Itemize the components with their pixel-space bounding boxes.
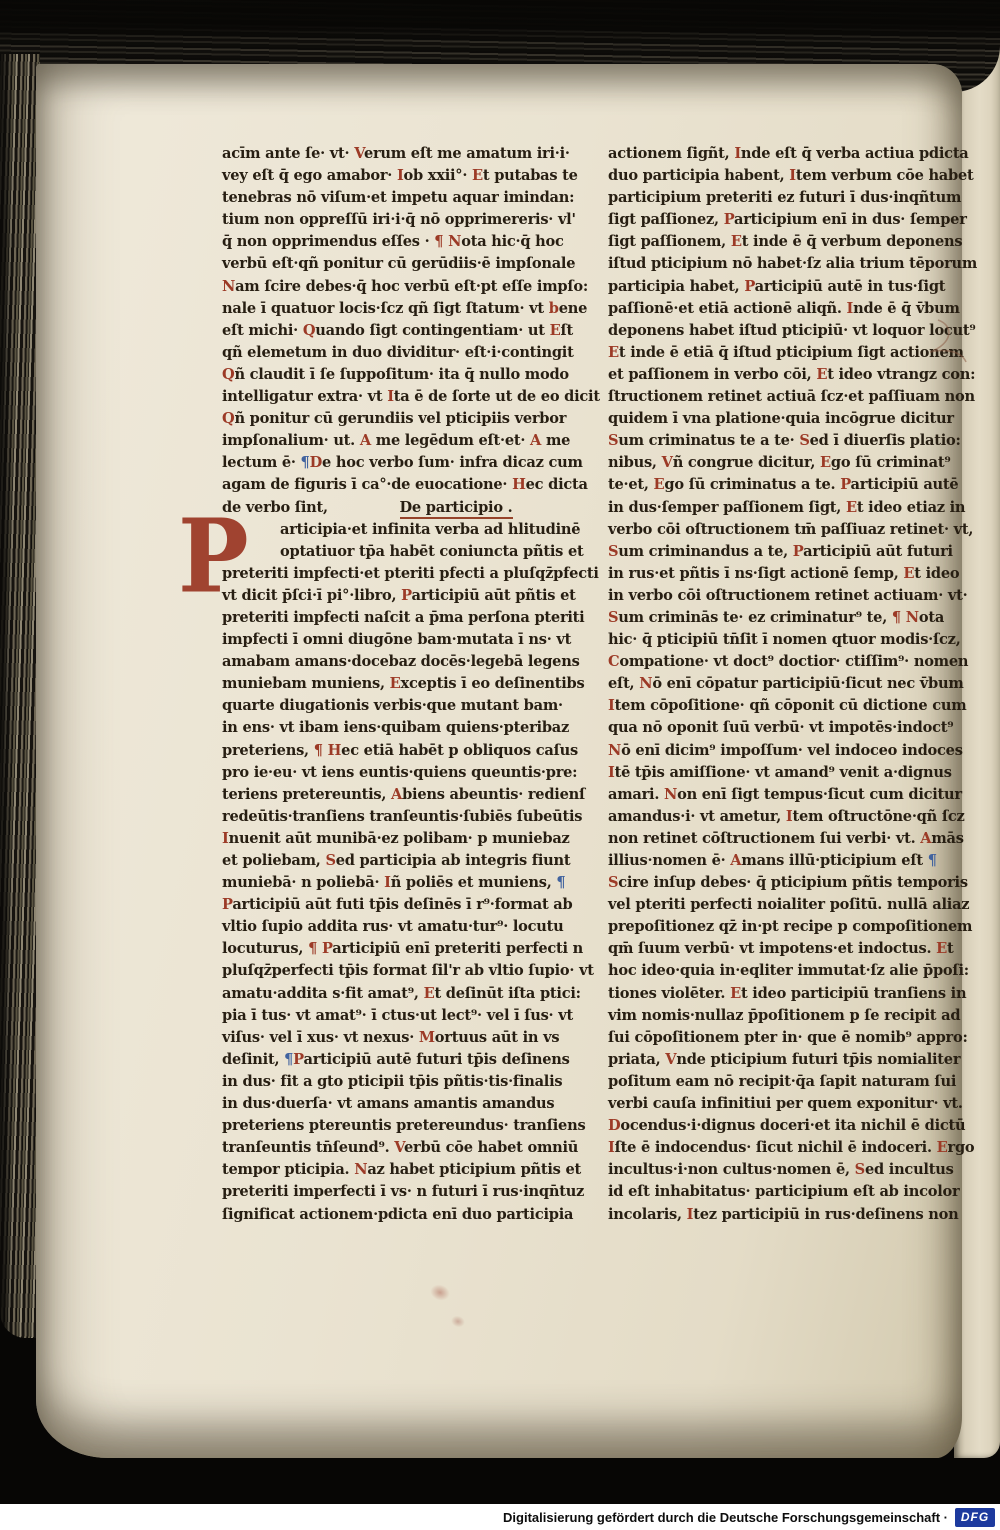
- rubric-mark: I: [687, 1206, 694, 1223]
- rubric-mark: I: [789, 167, 796, 184]
- text-line: non retinet cōſtructionem ſui verbi· vt.…: [608, 828, 954, 850]
- rubric-mark: E: [390, 675, 401, 692]
- digitization-credit-bar: Digitalisierung gefördert durch die Deut…: [0, 1504, 1000, 1530]
- rubric-mark: I: [222, 830, 229, 847]
- text-line: articipia·et infinita verba ad hlitudinē: [222, 519, 568, 541]
- rubric-mark: P: [322, 940, 332, 957]
- text-line: preteriti impfecti·et pteriti pfecti a p…: [222, 563, 568, 585]
- rubric-mark: ¶: [434, 233, 443, 250]
- text-line: Participiū aūt futi tp̄is deſinēs ī r⁹·f…: [222, 894, 568, 916]
- text-line: nibus, Vñ congrue dicitur, Ego ſū crimin…: [608, 452, 954, 474]
- text-line: illius·nomen ē· Amans illū·pticipium eſt…: [608, 850, 954, 872]
- stacked-page-edges: [0, 54, 40, 1338]
- rubric-mark: N: [448, 233, 461, 250]
- rubric-mark: E: [730, 985, 741, 1002]
- rubric-mark: ¶: [314, 742, 323, 759]
- text-line: poſitum eam nō recipit·q̄a ſapit naturam…: [608, 1071, 954, 1093]
- manuscript-column-right: actionem ſigñt, Inde eſt q̄ verba actiua…: [608, 143, 954, 1226]
- text-line: de verbo ſint, De participio .: [222, 497, 568, 519]
- rubric-mark: N: [664, 786, 677, 803]
- text-line: pia ī tus· vt amat⁹· ī ctus·ut lect⁹· ve…: [222, 1005, 568, 1027]
- text-line: Inuenit aūt munibā·ez polibam· p munieba…: [222, 828, 568, 850]
- text-line: tium non oppreſſū iri·i·q̄ nō opprimerer…: [222, 209, 568, 231]
- text-line: Sum criminandus a te, Participiū aūt fut…: [608, 541, 954, 563]
- text-line: ſui cōpoſitionem pter in· que ē nomib⁹ a…: [608, 1027, 954, 1049]
- text-line: incolaris, Itez participiū in rus·deſine…: [608, 1204, 954, 1226]
- rubric-mark: V: [662, 454, 673, 471]
- text-line: Iſte ē indocendus· ſicut nichil ē indoce…: [608, 1137, 954, 1159]
- text-line: verbo cōi oſtructionem tm̄ paſſiuaz reti…: [608, 519, 954, 541]
- rubric-mark: ¶: [892, 609, 901, 626]
- text-line: qm̄ ſuum verbū· vt impotens·et indoctus.…: [608, 938, 954, 960]
- text-line: in dus·duerſa· vt amans amantis amandus: [222, 1093, 568, 1115]
- rubric-mark: E: [846, 499, 857, 516]
- rubric-mark: E: [937, 1139, 948, 1156]
- text-line: preteriti impfecti naſcit a p̄ma perſona…: [222, 607, 568, 629]
- text-line: Sum criminatus te a te· Sed ī diuerſis p…: [608, 430, 954, 452]
- text-line: amabam amans·docebaz docēs·legebā legens: [222, 651, 568, 673]
- rubric-mark: S: [799, 432, 809, 449]
- rubric-mark: I: [786, 808, 793, 825]
- rubric-mark: A: [530, 432, 541, 449]
- rubric-mark: A: [730, 852, 741, 869]
- rubric-mark: N: [222, 278, 235, 295]
- text-line: tenebras nō viſum·et impetu aquar iminda…: [222, 187, 568, 209]
- rubric-mark: A: [920, 830, 931, 847]
- rubric-mark: V: [354, 145, 364, 162]
- text-line: Qñ ponitur cū gerundiis vel pticipiis ve…: [222, 408, 568, 430]
- text-line: pro ie·eu· vt iens euntis·quiens queunti…: [222, 762, 568, 784]
- rubric-mark: E: [820, 454, 831, 471]
- text-line: vey eſt q̄ ego amabor· Iob xxii°· Et put…: [222, 165, 568, 187]
- rubric-mark: E: [550, 322, 561, 339]
- text-line: viſus· vel ī xus· vt nexus· Mortuus aūt …: [222, 1027, 568, 1049]
- text-line: in dus· fit a gto pticipii tp̄is pñtis·t…: [222, 1071, 568, 1093]
- text-line: lectum ē· ¶De hoc verbo ſum· infra dicaz…: [222, 452, 568, 474]
- text-line: Qñ claudit ī ſe ſuppoſitum· ita q̄ nullo…: [222, 364, 568, 386]
- text-line: preteriti imperfecti ī vs· n futuri ī ru…: [222, 1181, 568, 1203]
- text-line: Scire inſup debes· q̄ pticipium pñtis te…: [608, 872, 954, 894]
- rubric-mark: V: [394, 1139, 404, 1156]
- text-line: muniebā· n poliebā· Iñ poliēs et muniens…: [222, 872, 568, 894]
- text-line: Sum criminās te· ez criminatur⁹ te, ¶ No…: [608, 607, 954, 629]
- text-line: tiones violēter. Et ideo participiū tran…: [608, 983, 954, 1005]
- rubric-mark: N: [639, 675, 652, 692]
- rubric-mark: ¶: [308, 940, 317, 957]
- text-line: actionem ſigñt, Inde eſt q̄ verba actiua…: [608, 143, 954, 165]
- rubric-mark: I: [384, 874, 391, 891]
- text-line: redeūtis·tranſiens tranſeuntis·ſubiēs ſu…: [222, 806, 568, 828]
- text-line: Docendus·i·dignus doceri·et ita nichil ē…: [608, 1115, 954, 1137]
- rubric-mark: C: [608, 653, 619, 670]
- rubric-mark: V: [665, 1051, 676, 1068]
- text-line: qua nō oponit ſuū verbū· vt impotēs·indo…: [608, 717, 954, 739]
- text-line: quarte diugationis verbis·que mutant bam…: [222, 695, 568, 717]
- rubric-mark: E: [903, 565, 914, 582]
- text-line: Nam ſcire debes·q̄ hoc verbū eſt·pt eſſe…: [222, 276, 568, 298]
- text-line: duo participia habent, Item verbum cōe h…: [608, 165, 954, 187]
- credit-text: Digitalisierung gefördert durch die Deut…: [503, 1510, 948, 1525]
- text-line: participia habet, Participiū autē in tus…: [608, 276, 954, 298]
- text-line: optatiuor tp̄a habēt coniuncta pñtis et: [222, 541, 568, 563]
- text-line: et poliebam, Sed participia ab integris …: [222, 850, 568, 872]
- rubric-mark: ¶: [284, 1051, 293, 1068]
- text-line: impfecti ī omni diugōne bam·mutata ī ns·…: [222, 629, 568, 651]
- text-line: q̄ non opprimendus eſſes · ¶ Nota hic·q̄…: [222, 231, 568, 253]
- dfg-logo: DFG: [955, 1508, 995, 1527]
- rubric-mark: P: [793, 543, 803, 560]
- rubric-mark: A: [360, 432, 371, 449]
- rubric-mark: I: [608, 764, 615, 781]
- rubric-mark: N: [906, 609, 919, 626]
- text-line: hoc ideo·quia in·eqliter immutat·ſz alie…: [608, 960, 954, 982]
- rubric-mark: P: [293, 1051, 303, 1068]
- rubric-mark: E: [608, 344, 619, 361]
- text-line: verbū eſt·qñ ponitur cū gerūdiis·ē impſo…: [222, 253, 568, 275]
- rubric-mark: E: [424, 985, 435, 1002]
- section-heading: De participio .: [400, 499, 513, 519]
- rubric-mark: H: [328, 742, 342, 759]
- text-line: locuturus, ¶ Participiū enī preteriti pe…: [222, 938, 568, 960]
- rubric-mark: ¶: [928, 852, 937, 869]
- text-line: amatu·addita s·fit amat⁹, Et deſinūt iſt…: [222, 983, 568, 1005]
- rubric-mark: E: [731, 233, 742, 250]
- rubric-mark: ¶: [556, 874, 565, 891]
- text-line: tranſeuntis tn̄ſeund⁹. Verbū cōe habet o…: [222, 1137, 568, 1159]
- rubric-mark: I: [734, 145, 741, 162]
- rubric-mark: N: [354, 1161, 367, 1178]
- text-line: paſſionē·et etiā actionē aliqñ. Inde ē q…: [608, 298, 954, 320]
- rubric-mark: P: [401, 587, 411, 604]
- text-line: priata, Vnde pticipium futuri tp̄is nomi…: [608, 1049, 954, 1071]
- rubric-mark: S: [608, 609, 618, 626]
- text-line: incultus·i·non cultus·nomen ē, Sed incul…: [608, 1159, 954, 1181]
- rubric-mark: D: [310, 454, 322, 471]
- rubric-mark: I: [387, 388, 394, 405]
- text-line: te·et, Ego ſū criminatus a te. Participi…: [608, 474, 954, 496]
- text-line: in ens· vt ibam iens·quibam quiens·pteri…: [222, 717, 568, 739]
- rubric-mark: b: [549, 300, 559, 317]
- rubric-mark: A: [391, 786, 402, 803]
- text-line: amandus·i· vt ametur, Item oſtructōne·qñ…: [608, 806, 954, 828]
- text-line: in verbo cōi oſtructionem retinet actiua…: [608, 585, 954, 607]
- text-line: vim nomis·nullaz p̄poſitionem p ſe recip…: [608, 1005, 954, 1027]
- rubric-mark: Q: [303, 322, 315, 339]
- text-line: Itē tp̄is amiſſione· vt amand⁹ venit a·d…: [608, 762, 954, 784]
- rubric-mark: Q: [222, 366, 234, 383]
- rubric-mark: E: [936, 940, 947, 957]
- margin-pen-flourish: [900, 318, 970, 392]
- text-line: muniebam muniens, Exceptis ī eo deſinent…: [222, 673, 568, 695]
- rubric-mark: E: [654, 476, 665, 493]
- text-line: Nō enī dicim⁹ impoſſum· vel indoceo indo…: [608, 740, 954, 762]
- text-line: iſtud pticipium nō habet·ſz alia trium t…: [608, 253, 954, 275]
- rubric-mark: S: [608, 874, 618, 891]
- text-line: agam de figuris ī ca°·de euocatione· Hec…: [222, 474, 568, 496]
- rubric-mark: E: [472, 167, 483, 184]
- text-line: vel pteriti perfecti noialiter poſitū. n…: [608, 894, 954, 916]
- text-line: participium preteriti ez futuri ī dus·in…: [608, 187, 954, 209]
- text-line: pluſqz̄perfecti tp̄is format ſil'r ab vl…: [222, 960, 568, 982]
- manuscript-column-left: acīm ante ſe· vt· Verum eſt me amatum ir…: [222, 143, 568, 1226]
- text-line: hic· q̄ pticipiū tn̄ſit ī nomen qtuor mo…: [608, 629, 954, 651]
- rubric-mark: N: [608, 742, 621, 759]
- rubric-mark: D: [608, 1117, 620, 1134]
- text-line: in dus·ſemper paſſionem ſigt, Et ideo et…: [608, 497, 954, 519]
- text-line: Item cōpoſitione· qñ cōponit cū dictione…: [608, 695, 954, 717]
- rubric-mark: I: [608, 697, 615, 714]
- rubric-mark: Q: [222, 410, 234, 427]
- text-line: ſignificat actionem·pdicta enī duo parti…: [222, 1204, 568, 1226]
- rubric-mark: S: [608, 543, 618, 560]
- rubric-mark: I: [608, 1139, 615, 1156]
- rubric-mark: P: [222, 896, 232, 913]
- rubric-mark: ¶: [301, 454, 310, 471]
- text-line: verbi cauſa infinitiui per quem exponitu…: [608, 1093, 954, 1115]
- rubric-mark: I: [397, 167, 404, 184]
- rubric-mark: P: [840, 476, 850, 493]
- rubric-mark: S: [608, 432, 618, 449]
- text-line: preteriens ptereuntis pretereundus· tran…: [222, 1115, 568, 1137]
- rubric-mark: P: [744, 278, 754, 295]
- text-line: ſigt paſſionez, Participium enī in dus· …: [608, 209, 954, 231]
- text-line: in rus·et pñtis ī ns·ſigt actionē ſemp, …: [608, 563, 954, 585]
- text-line: quidem ī vna platione·quia incōgrue dici…: [608, 408, 954, 430]
- text-line: preteriens, ¶ Hec etiā habēt p obliquos …: [222, 740, 568, 762]
- text-line: ſigt paſſionem, Et inde ē q̄ verbum depo…: [608, 231, 954, 253]
- text-line: vltio ſupio addita rus· vt amatu·tur⁹· l…: [222, 916, 568, 938]
- text-line: acīm ante ſe· vt· Verum eſt me amatum ir…: [222, 143, 568, 165]
- rubric-mark: M: [419, 1029, 435, 1046]
- text-line: amari. Non enī ſigt tempus·ſicut cum dic…: [608, 784, 954, 806]
- text-line: Compatione· vt doct⁹ doctior· ctiſſim⁹· …: [608, 651, 954, 673]
- text-line: qñ elemetum in duo dividitur· eſt·i·cont…: [222, 342, 568, 364]
- rubric-mark: I: [847, 300, 854, 317]
- text-line: id eſt inhabitatus· participium eſt ab i…: [608, 1181, 954, 1203]
- text-line: eſt michi· Quando ſigt contingentiam· ut…: [222, 320, 568, 342]
- text-line: deſinit, ¶Participiū autē futuri tp̄is d…: [222, 1049, 568, 1071]
- rubric-mark: E: [816, 366, 827, 383]
- rubric-mark: S: [325, 852, 335, 869]
- text-line: tempor pticipia. Naz habet pticipium pñt…: [222, 1159, 568, 1181]
- text-line: nale ī quatuor locis·ſcz qñ ſigt ſtatum·…: [222, 298, 568, 320]
- rubric-mark: S: [855, 1161, 865, 1178]
- rubric-mark: H: [512, 476, 526, 493]
- text-line: vt dicit p̄ſci·ī pi°·libro, Participiū a…: [222, 585, 568, 607]
- text-line: teriens pretereuntis, Abiens abeuntis· r…: [222, 784, 568, 806]
- text-line: impſonalium· ut. A me legēdum eſt·et· A …: [222, 430, 568, 452]
- text-line: eſt, Nō enī cōpatur participiū·ſicut nec…: [608, 673, 954, 695]
- text-line: intelligatur extra· vt Ita ē de ſorte ut…: [222, 386, 568, 408]
- rubric-mark: P: [724, 211, 734, 228]
- text-line: prepoſitionez qz̄ in·pt recipe p compoſi…: [608, 916, 954, 938]
